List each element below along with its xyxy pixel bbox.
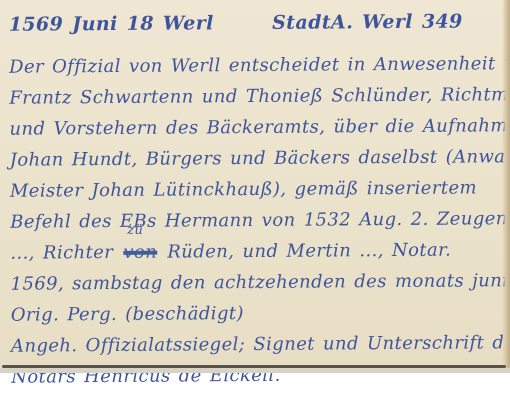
manuscript-line: und Vorstehern des Bäckeramts, über die … bbox=[9, 110, 495, 144]
manuscript-line: Meister Johan Lütinckhauß), gemäß inseri… bbox=[10, 172, 496, 206]
inline-correction: zü von bbox=[123, 237, 157, 268]
date-heading: 1569 Juni 18 Werl bbox=[9, 12, 214, 35]
manuscript-body: Der Offizial von Werll entscheidet in An… bbox=[9, 48, 497, 373]
inserted-word: zü bbox=[127, 224, 143, 237]
card-bottom-edge bbox=[2, 365, 506, 368]
archive-reference: StadtA. Werl 349 bbox=[272, 11, 463, 34]
index-card: 1569 Juni 18 Werl StadtA. Werl 349 Der O… bbox=[0, 0, 510, 373]
manuscript-line: Befehl des EBs Hermann von 1532 Aug. 2. … bbox=[10, 203, 496, 237]
witness-line-prefix: ..., Richter bbox=[10, 242, 113, 264]
manuscript-line-with-correction: ..., Richter zü von Rüden, und Mertin ..… bbox=[10, 234, 496, 268]
manuscript-line: Der Offizial von Werll entscheidet in An… bbox=[9, 48, 495, 82]
card-right-edge bbox=[502, 0, 510, 373]
manuscript-line: Frantz Schwartenn und Thonieß Schlünder,… bbox=[9, 79, 495, 113]
manuscript-line: 1569, sambstag den achtzehenden des mona… bbox=[10, 265, 496, 299]
manuscript-line: Johan Hundt, Bürgers und Bäckers daselbs… bbox=[10, 141, 496, 175]
card-bottom-strip bbox=[0, 368, 510, 373]
struck-word: von bbox=[123, 242, 157, 263]
manuscript-line: Orig. Perg. (beschädigt) bbox=[11, 296, 497, 330]
card-content: 1569 Juni 18 Werl StadtA. Werl 349 Der O… bbox=[9, 6, 498, 373]
manuscript-line: Angeh. Offizialatssiegel; Signet und Unt… bbox=[11, 327, 497, 361]
card-header: 1569 Juni 18 Werl StadtA. Werl 349 bbox=[9, 6, 495, 49]
witness-line-suffix: Rüden, und Mertin ..., Notar. bbox=[167, 240, 451, 263]
